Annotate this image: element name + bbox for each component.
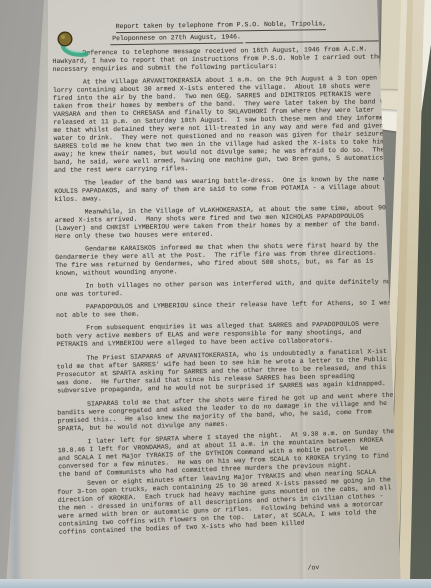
report-paragraph: SIAPARAS told me that after the shots we… (57, 392, 396, 434)
report-body: Reference to telephone message received … (52, 45, 397, 537)
title-underline-rule (245, 40, 390, 43)
report-paragraph: The Priest SIAPARAS of ARVANITOKERASIA, … (56, 348, 395, 396)
foxing-stain (225, 96, 229, 100)
report-paragraph: Gendarme KARAISKOS informed me that when… (55, 241, 393, 278)
report-paragraph: The leader of the band was wearing battl… (54, 175, 392, 204)
report-paragraph: From subsequent enquiries it was alleged… (56, 320, 394, 349)
treasury-tag-icon (46, 26, 106, 70)
report-title-line2: Peloponnese on 27th August, 1946. (110, 33, 243, 45)
continuation-mark: /ov (307, 564, 319, 573)
scanned-report-photo: Report taken by telephone from P.S.O. No… (0, 0, 431, 588)
page-fold-shadow (8, 290, 22, 588)
report-page: Report taken by telephone from P.S.O. No… (0, 0, 431, 588)
report-paragraph: Meanwhile, in the Village of VLAKHOKERAS… (55, 204, 393, 241)
report-paragraph: Seven or eight minutes after leaving Maj… (57, 468, 397, 537)
report-paragraph: PAPADOPOULOS and LYMBERIOU since their r… (56, 299, 394, 320)
treasury-tag-fastener (46, 26, 106, 70)
table-edge-strip (0, 579, 431, 588)
report-paragraph: At the village ARVANITOKERASIA about 1 a… (53, 74, 392, 175)
report-title-line1: Report taken by telephone from P.S.O. No… (116, 20, 327, 33)
report-paragraph: In both villages no other person was int… (56, 278, 394, 299)
